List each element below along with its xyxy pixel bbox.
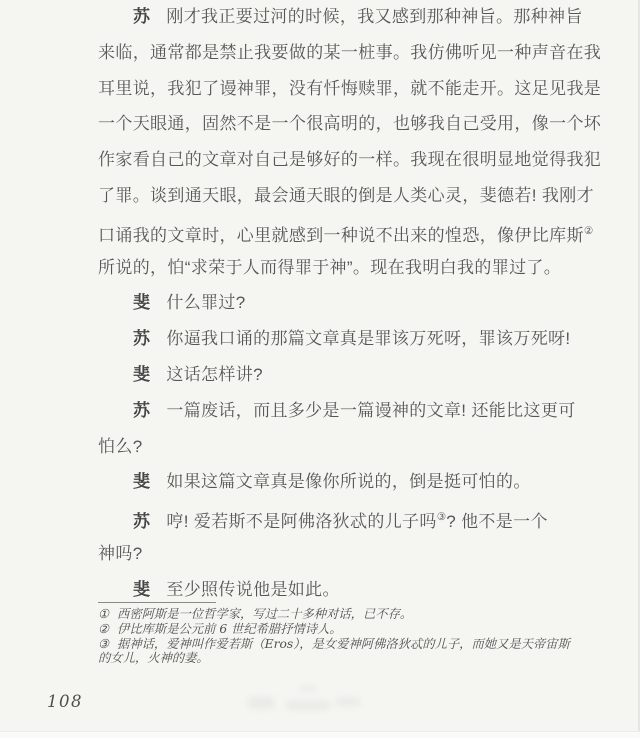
page-number: 108: [47, 692, 83, 711]
dialogue-line: 所说的，怕“求荣于人而得罪于神”。现在我明白我的罪过了。: [98, 250, 602, 286]
footnote-ref: ③: [437, 511, 446, 523]
dialogue-line-text: 口诵我的文章时，心里就感到一种说不出来的惶恐，像伊比库斯: [98, 226, 584, 245]
dialogue-line: 苏刚才我正要过河的时候，我又感到那种神旨。那种神旨: [98, 0, 602, 35]
footnote-line: 的女儿，火神的妻。: [98, 651, 602, 666]
footnote-item: ②伊比库斯是公元前 6 世纪希腊抒情诗人。: [98, 622, 602, 637]
dialogue-line: 斐这话怎样讲?: [98, 357, 602, 393]
footnote-marker: ③: [98, 637, 109, 651]
speaker-label: 苏: [133, 7, 150, 26]
dialogue-line-text: 一个天眼通，固然不是一个很高明的，也够我自己受用，像一个坏: [98, 114, 601, 133]
dialogue-line-text: 怕么?: [98, 437, 143, 456]
dialogue-text: 苏刚才我正要过河的时候，我又感到那种神旨。那种神旨来临，通常都是禁止我要做的某一…: [98, 0, 602, 608]
dialogue-line-text: 来临，通常都是禁止我要做的某一桩事。我仿佛听见一种声音在我: [98, 43, 601, 62]
dialogue-line-text: 所说的，怕“求荣于人而得罪于神”。现在我明白我的罪过了。: [98, 258, 561, 277]
dialogue-line: 斐什么罪过?: [98, 285, 602, 321]
dialogue-line-text: 了罪。谈到通天眼，最会通天眼的倒是人类心灵，斐德若! 我刚才: [98, 186, 594, 205]
footnote-line: ③据神话，爱神叫作爱若斯（Eros），是女爱神阿佛洛狄忒的儿子，而她又是天帝宙斯: [98, 637, 602, 652]
footnotes: ①西密阿斯是一位哲学家，写过二十多种对话，已不存。②伊比库斯是公元前 6 世纪希…: [98, 607, 602, 666]
dialogue-line-text: ? 他不是一个: [446, 512, 548, 531]
dialogue-line-text: 你逼我口诵的那篇文章真是罪该万死呀，罪该万死呀!: [166, 329, 570, 348]
dialogue-line-text: 哼! 爱若斯不是阿佛洛狄忒的儿子吗: [166, 512, 436, 531]
footnote-item: ①西密阿斯是一位哲学家，写过二十多种对话，已不存。: [98, 607, 602, 622]
footnote-line: ①西密阿斯是一位哲学家，写过二十多种对话，已不存。: [98, 607, 602, 622]
dialogue-line: 苏哼! 爱若斯不是阿佛洛狄忒的儿子吗③? 他不是一个: [98, 500, 602, 536]
speaker-label: 苏: [133, 401, 150, 420]
footnote-text: 的女儿，火神的妻。: [98, 651, 209, 665]
dialogue-line: 了罪。谈到通天眼，最会通天眼的倒是人类心灵，斐德若! 我刚才: [98, 178, 602, 214]
ink-bleed-through: [336, 698, 360, 706]
dialogue-line: 一个天眼通，固然不是一个很高明的，也够我自己受用，像一个坏: [98, 106, 602, 142]
speaker-label: 斐: [133, 580, 150, 599]
ink-bleed-through: [248, 697, 274, 709]
book-page: 苏刚才我正要过河的时候，我又感到那种神旨。那种神旨来临，通常都是禁止我要做的某一…: [0, 0, 640, 738]
dialogue-line: 耳里说，我犯了谩神罪，没有忏悔赎罪，就不能走开。这足见我是: [98, 71, 602, 107]
ink-bleed-through: [300, 686, 316, 691]
dialogue-line: 口诵我的文章时，心里就感到一种说不出来的惶恐，像伊比库斯②: [98, 214, 602, 250]
ink-bleed-through: [286, 701, 330, 710]
dialogue-line: 怕么?: [98, 429, 602, 465]
dialogue-line-text: 作家看自己的文章对自己是够好的一样。我现在很明显地觉得我犯: [98, 150, 601, 169]
speaker-label: 苏: [133, 329, 150, 348]
dialogue-line: 神吗?: [98, 536, 602, 572]
page-bottom-edge: [0, 731, 640, 738]
dialogue-line: 苏一篇废话，而且多少是一篇谩神的文章! 还能比这更可: [98, 393, 602, 429]
dialogue-line-text: 耳里说，我犯了谩神罪，没有忏悔赎罪，就不能走开。这足见我是: [98, 79, 601, 98]
footnote-text: 伊比库斯是公元前 6 世纪希腊抒情诗人。: [117, 622, 342, 636]
dialogue-line-text: 这话怎样讲?: [166, 365, 263, 384]
speaker-label: 斐: [133, 472, 150, 491]
dialogue-line-text: 什么罪过?: [166, 293, 245, 312]
footnote-line: ②伊比库斯是公元前 6 世纪希腊抒情诗人。: [98, 622, 602, 637]
dialogue-line: 苏你逼我口诵的那篇文章真是罪该万死呀，罪该万死呀!: [98, 321, 602, 357]
speaker-label: 斐: [133, 365, 150, 384]
speaker-label: 斐: [133, 293, 150, 312]
dialogue-line-text: 如果这篇文章真是像你所说的，倒是挺可怕的。: [166, 472, 530, 491]
dialogue-line-text: 至少照传说他是如此。: [166, 580, 340, 599]
footnote-item: ③据神话，爱神叫作爱若斯（Eros），是女爱神阿佛洛狄忒的儿子，而她又是天帝宙斯…: [98, 637, 602, 667]
dialogue-line-text: 神吗?: [98, 544, 143, 563]
dialogue-line-text: 一篇废话，而且多少是一篇谩神的文章! 还能比这更可: [166, 401, 575, 420]
footnote-marker: ②: [98, 622, 109, 636]
footnote-text: 据神话，爱神叫作爱若斯（Eros），是女爱神阿佛洛狄忒的儿子，而她又是天帝宙斯: [117, 637, 570, 651]
dialogue-line-text: 刚才我正要过河的时候，我又感到那种神旨。那种神旨: [166, 7, 582, 26]
footnote-text: 西密阿斯是一位哲学家，写过二十多种对话，已不存。: [117, 607, 412, 621]
footnote-marker: ①: [98, 607, 109, 621]
dialogue-line: 斐如果这篇文章真是像你所说的，倒是挺可怕的。: [98, 464, 602, 500]
footnote-separator: [98, 602, 216, 603]
speaker-label: 苏: [133, 512, 150, 531]
footnote-ref: ②: [584, 225, 593, 237]
dialogue-line: 作家看自己的文章对自己是够好的一样。我现在很明显地觉得我犯: [98, 142, 602, 178]
dialogue-line: 来临，通常都是禁止我要做的某一桩事。我仿佛听见一种声音在我: [98, 35, 602, 71]
